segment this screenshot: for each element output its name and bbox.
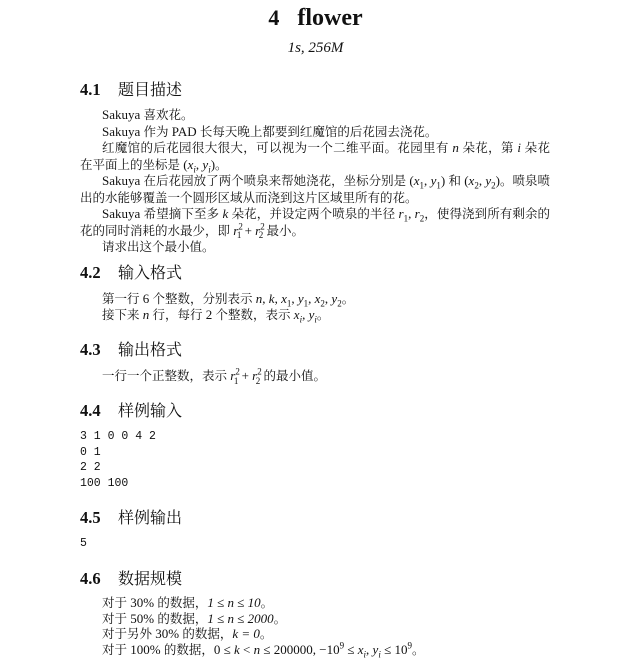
problem-limits: 1s, 256M xyxy=(0,40,631,57)
problem-name: flower xyxy=(297,5,362,31)
text-line: 一行一个正整数，表示 r21 + r22 的最小值。 xyxy=(80,368,550,384)
constraint-line: 对于 50% 的数据，1 ≤ n ≤ 2000。 xyxy=(80,611,550,627)
paragraph: 请求出这个最小值。 xyxy=(80,239,550,256)
problem-title: 4flower xyxy=(0,4,631,32)
code-line: 0 1 xyxy=(80,445,550,461)
paragraph: Sakuya 作为 PAD 长每天晚上都要到红魔馆的后花园去浇花。 xyxy=(80,124,550,141)
code-line: 3 1 0 0 4 2 xyxy=(80,429,550,445)
section-constraints: 4.6数据规模 对于 30% 的数据，1 ≤ n ≤ 10。 对于 50% 的数… xyxy=(80,569,550,657)
sample-output-code: 5 xyxy=(80,536,550,552)
paragraph: Sakuya 在后花园放了两个喷泉来帮她浇花，坐标分别是 (x1, y1) 和 … xyxy=(80,173,550,206)
section-heading: 4.5样例输出 xyxy=(80,508,550,528)
constraint-line: 对于 100% 的数据，0 ≤ k < n ≤ 200000, −109 ≤ x… xyxy=(80,642,550,658)
section-heading: 4.3输出格式 xyxy=(80,340,550,360)
constraint-line: 对于另外 30% 的数据，k = 0。 xyxy=(80,626,550,642)
section-heading: 4.6数据规模 xyxy=(80,569,550,589)
section-output-format: 4.3输出格式 一行一个正整数，表示 r21 + r22 的最小值。 xyxy=(80,340,550,384)
section-heading: 4.2输入格式 xyxy=(80,263,550,283)
section-sample-input: 4.4样例输入 3 1 0 0 4 2 0 1 2 2 100 100 xyxy=(80,401,550,491)
section-sample-output: 4.5样例输出 5 xyxy=(80,508,550,552)
code-line: 5 xyxy=(80,536,550,552)
description-body: Sakuya 喜欢花。 Sakuya 作为 PAD 长每天晚上都要到红魔馆的后花… xyxy=(80,107,550,256)
paragraph: Sakuya 希望摘下至多 k 朵花，并设定两个喷泉的半径 r1, r2，使得浇… xyxy=(80,206,550,239)
paragraph: Sakuya 喜欢花。 xyxy=(80,107,550,124)
section-input-format: 4.2输入格式 第一行 6 个整数，分别表示 n, k, x1, y1, x2,… xyxy=(80,263,550,322)
code-line: 100 100 xyxy=(80,476,550,492)
section-description: 4.1题目描述 Sakuya 喜欢花。 Sakuya 作为 PAD 长每天晚上都… xyxy=(80,80,550,256)
constraint-line: 对于 30% 的数据，1 ≤ n ≤ 10。 xyxy=(80,595,550,611)
text-line: 接下来 n 行，每行 2 个整数，表示 xi, yi。 xyxy=(80,307,550,323)
paragraph: 红魔馆的后花园很大很大，可以视为一个二维平面。花园里有 n 朵花，第 i 朵花在… xyxy=(80,140,550,173)
code-line: 2 2 xyxy=(80,460,550,476)
problem-number: 4 xyxy=(268,5,279,30)
text-line: 第一行 6 个整数，分别表示 n, k, x1, y1, x2, y2。 xyxy=(80,291,550,307)
section-heading: 4.1题目描述 xyxy=(80,80,550,100)
sample-input-code: 3 1 0 0 4 2 0 1 2 2 100 100 xyxy=(80,429,550,491)
section-heading: 4.4样例输入 xyxy=(80,401,550,421)
